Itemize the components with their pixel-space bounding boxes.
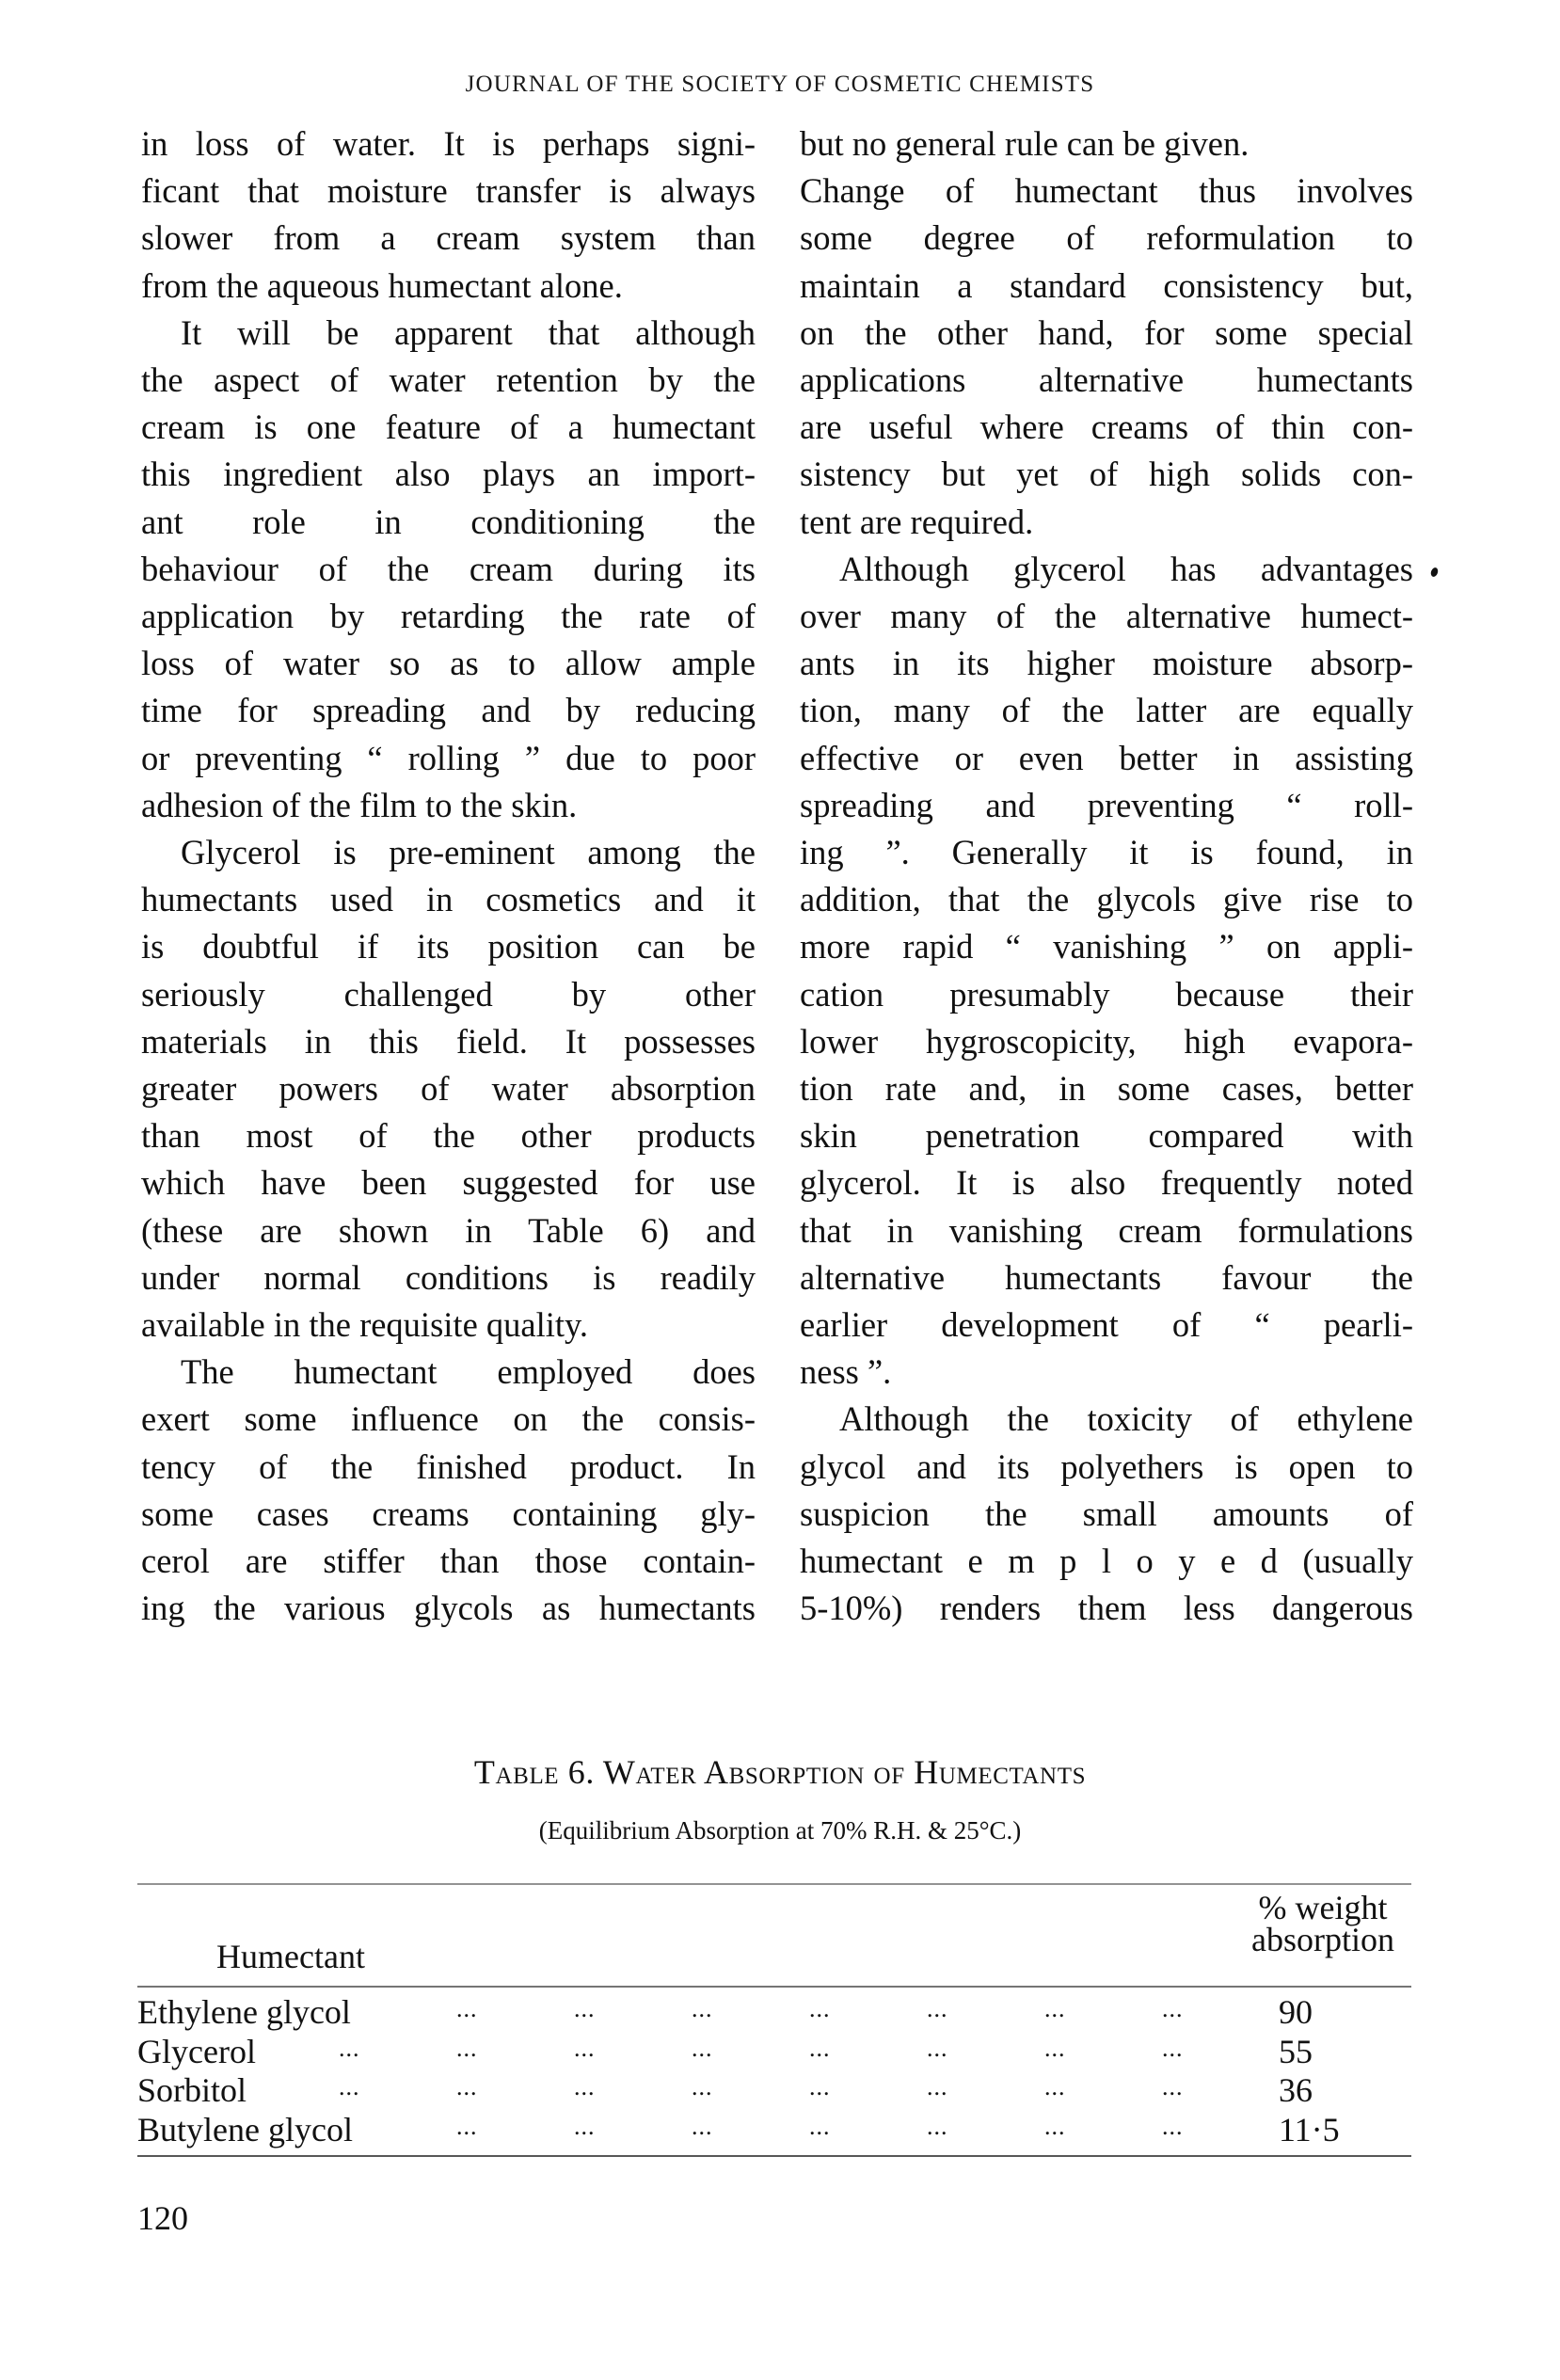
text-line: available in the requisite quality. — [141, 1302, 756, 1349]
dot-leader: ... — [809, 2107, 831, 2147]
text-line: time for spreading and by reducing — [141, 687, 756, 734]
dot-leader: ... — [927, 1989, 948, 2029]
dot-leader: ... — [809, 2029, 831, 2069]
dot-leader: ... — [1162, 2029, 1184, 2069]
text-line: materials in this field. It possesses — [141, 1018, 756, 1065]
text-line: ing the various glycols as humectants — [141, 1585, 756, 1632]
text-line: from the aqueous humectant alone. — [141, 263, 756, 310]
text-line: which have been suggested for use — [141, 1159, 756, 1206]
table-row: Sorbitol 36 ........................ — [137, 2071, 1411, 2111]
text-line: over many of the alternative humect- — [800, 593, 1413, 640]
text-line: skin penetration compared with — [800, 1112, 1413, 1159]
text-line: seriously challenged by other — [141, 971, 756, 1018]
text-line: greater powers of water absorption — [141, 1065, 756, 1112]
dot-leader: ... — [692, 2068, 713, 2107]
text-line: loss of water so as to allow ample — [141, 640, 756, 687]
text-line: adhesion of the film to the skin. — [141, 782, 756, 829]
table-header-humectant: Humectant — [216, 1937, 365, 1976]
text-line: that in vanishing cream formulations — [800, 1207, 1413, 1254]
text-line: the aspect of water retention by the — [141, 357, 756, 404]
text-line: humectant e m p l o y e d (usually — [800, 1538, 1413, 1585]
dot-leader: ... — [809, 1989, 831, 2029]
dot-leader: ... — [927, 2029, 948, 2069]
dot-leader: ... — [927, 2107, 948, 2147]
page-number: 120 — [137, 2198, 188, 2238]
text-line: addition, that the glycols give rise to — [800, 876, 1413, 923]
text-line: suspicion the small amounts of — [800, 1491, 1413, 1538]
text-line: spreading and preventing “ roll- — [800, 782, 1413, 829]
table-row: Ethylene glycol 90 ..................... — [137, 1993, 1411, 2033]
table-cell-value: 55 — [1279, 2033, 1313, 2072]
table-header-weight-line2: absorption — [1233, 1924, 1413, 1956]
text-line: slower from a cream system than — [141, 215, 756, 262]
table-header-rule — [137, 1986, 1411, 1988]
dot-leader: ... — [574, 2029, 596, 2069]
table-subcaption: (Equilibrium Absorption at 70% R.H. & 25… — [0, 1816, 1560, 1845]
dot-leader: ... — [456, 2068, 478, 2107]
text-line: sistency but yet of high solids con- — [800, 451, 1413, 498]
text-line: ness ”. — [800, 1349, 1413, 1396]
table-cell-humectant: Sorbitol — [137, 2071, 247, 2111]
text-line: some cases creams containing gly- — [141, 1491, 756, 1538]
text-line: tency of the finished product. In — [141, 1444, 756, 1491]
dot-leader: ... — [1162, 2068, 1184, 2107]
text-line: glycerol. It is also frequently noted — [800, 1159, 1413, 1206]
dot-leader: ... — [927, 2068, 948, 2107]
left-column: in loss of water. It is perhaps signi-fi… — [141, 120, 756, 1633]
stray-ink-mark — [1430, 567, 1440, 578]
text-line: this ingredient also plays an import- — [141, 451, 756, 498]
dot-leader: ... — [692, 1989, 713, 2029]
running-head: JOURNAL OF THE SOCIETY OF COSMETIC CHEMI… — [0, 72, 1560, 98]
text-line: maintain a standard consistency but, — [800, 263, 1413, 310]
dot-leader: ... — [574, 2107, 596, 2147]
text-line: It will be apparent that although — [141, 310, 756, 357]
table-bottom-rule — [137, 2155, 1411, 2157]
dot-leader: ... — [692, 2107, 713, 2147]
table-cell-value: 36 — [1279, 2071, 1313, 2111]
dot-leader: ... — [574, 2068, 596, 2107]
text-line: Although the toxicity of ethylene — [800, 1396, 1413, 1443]
text-line: effective or even better in assisting — [800, 735, 1413, 782]
text-line: tion, many of the latter are equally — [800, 687, 1413, 734]
text-line: The humectant employed does — [141, 1349, 756, 1396]
dot-leader: ... — [456, 1989, 478, 2029]
text-line: applications alternative humectants — [800, 357, 1413, 404]
text-line: (these are shown in Table 6) and — [141, 1207, 756, 1254]
text-line: is doubtful if its position can be — [141, 923, 756, 970]
dot-leader: ... — [1044, 2107, 1066, 2147]
dot-leader: ... — [809, 2068, 831, 2107]
table-cell-humectant: Butylene glycol — [137, 2111, 353, 2150]
text-line: but no general rule can be given. — [800, 120, 1413, 168]
text-line: glycol and its polyethers is open to — [800, 1444, 1413, 1491]
dot-leader: ... — [574, 1989, 596, 2029]
table-caption: Table 6. Water Absorption of Humectants — [0, 1752, 1560, 1792]
table-header-weight-line1: % weight — [1233, 1892, 1413, 1924]
text-line: or preventing “ rolling ” due to poor — [141, 735, 756, 782]
text-line: Change of humectant thus involves — [800, 168, 1413, 215]
table-row: Butylene glycol 11·5 ...................… — [137, 2111, 1411, 2150]
dot-leader: ... — [1162, 2107, 1184, 2147]
text-line: than most of the other products — [141, 1112, 756, 1159]
text-line: application by retarding the rate of — [141, 593, 756, 640]
text-line: on the other hand, for some special — [800, 310, 1413, 357]
text-line: Glycerol is pre-eminent among the — [141, 829, 756, 876]
right-column: but no general rule can be given.Change … — [800, 120, 1413, 1633]
table-header-weight: % weight absorption — [1233, 1892, 1413, 1956]
dot-leader: ... — [692, 2029, 713, 2069]
text-line: more rapid “ vanishing ” on appli- — [800, 923, 1413, 970]
text-line: some degree of reformulation to — [800, 215, 1413, 262]
dot-leader: ... — [339, 2029, 360, 2069]
dot-leader: ... — [1044, 1989, 1066, 2029]
dot-leader: ... — [339, 2068, 360, 2107]
text-line: alternative humectants favour the — [800, 1254, 1413, 1302]
text-line: cation presumably because their — [800, 971, 1413, 1018]
text-line: behaviour of the cream during its — [141, 546, 756, 593]
text-line: in loss of water. It is perhaps signi- — [141, 120, 756, 168]
table-top-rule — [137, 1883, 1411, 1885]
table-row: Glycerol 55 ........................ — [137, 2033, 1411, 2072]
text-line: cerol are stiffer than those contain- — [141, 1538, 756, 1585]
text-line: 5-10%) renders them less dangerous — [800, 1585, 1413, 1632]
table-cell-value: 90 — [1279, 1993, 1313, 2033]
text-line: humectants used in cosmetics and it — [141, 876, 756, 923]
text-line: tent are required. — [800, 499, 1413, 546]
dot-leader: ... — [1044, 2068, 1066, 2107]
dot-leader: ... — [1044, 2029, 1066, 2069]
text-line: under normal conditions is readily — [141, 1254, 756, 1302]
table-cell-value: 11·5 — [1279, 2111, 1340, 2150]
table-cell-humectant: Glycerol — [137, 2033, 256, 2072]
text-line: Although glycerol has advantages — [800, 546, 1413, 593]
text-line: are useful where creams of thin con- — [800, 404, 1413, 451]
dot-leader: ... — [1162, 1989, 1184, 2029]
dot-leader: ... — [456, 2029, 478, 2069]
table-body: Ethylene glycol 90 .....................… — [137, 1993, 1411, 2149]
table-cell-humectant: Ethylene glycol — [137, 1993, 351, 2033]
text-line: tion rate and, in some cases, better — [800, 1065, 1413, 1112]
text-line: ant role in conditioning the — [141, 499, 756, 546]
text-line: earlier development of “ pearli- — [800, 1302, 1413, 1349]
text-line: ants in its higher moisture absorp- — [800, 640, 1413, 687]
text-line: lower hygroscopicity, high evapora- — [800, 1018, 1413, 1065]
text-line: exert some influence on the consis- — [141, 1396, 756, 1443]
text-line: ficant that moisture transfer is always — [141, 168, 756, 215]
text-line: ing ”. Generally it is found, in — [800, 829, 1413, 876]
dot-leader: ... — [456, 2107, 478, 2147]
text-line: cream is one feature of a humectant — [141, 404, 756, 451]
